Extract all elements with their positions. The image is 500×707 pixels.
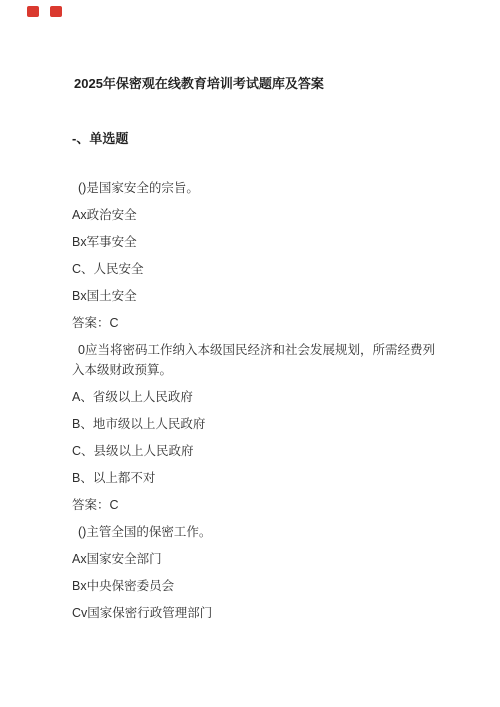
question-block: 0应当将密码工作纳入本级国民经济和社会发展规划，所需经费列入本级财政预算。A、省… — [72, 340, 438, 515]
document-page: 2025年保密观在线教育培训考试题库及答案 -、单选题 ()是国家安全的宗旨。A… — [0, 0, 500, 707]
question-block: ()是国家安全的宗旨。Ax政治安全Bx军事安全C、人民安全Bx国土安全答案：C — [72, 178, 438, 333]
question-option: Bx中央保密委员会 — [72, 576, 438, 596]
question-block: ()主管全国的保密工作。Ax国家安全部门Bx中央保密委员会Cv国家保密行政管理部… — [72, 522, 438, 623]
answer-line: 答案：C — [72, 313, 438, 333]
question-option: B、以上都不对 — [72, 468, 438, 488]
question-option: A、省级以上人民政府 — [72, 387, 438, 407]
question-stem: 0应当将密码工作纳入本级国民经济和社会发展规划，所需经费列入本级财政预算。 — [72, 340, 438, 380]
question-list: ()是国家安全的宗旨。Ax政治安全Bx军事安全C、人民安全Bx国土安全答案：C0… — [72, 178, 438, 623]
document-content: 2025年保密观在线教育培训考试题库及答案 -、单选题 ()是国家安全的宗旨。A… — [72, 74, 438, 630]
question-option: Bx军事安全 — [72, 232, 438, 252]
red-stamp-icon — [27, 6, 39, 17]
question-option: Bx国土安全 — [72, 286, 438, 306]
question-option: C、人民安全 — [72, 259, 438, 279]
question-stem: ()主管全国的保密工作。 — [72, 522, 438, 542]
document-title: 2025年保密观在线教育培训考试题库及答案 — [74, 74, 438, 94]
question-stem: ()是国家安全的宗旨。 — [72, 178, 438, 198]
question-option: B、地市级以上人民政府 — [72, 414, 438, 434]
question-option: Ax国家安全部门 — [72, 549, 438, 569]
question-option: C、县级以上人民政府 — [72, 441, 438, 461]
section-heading: -、单选题 — [72, 129, 438, 149]
red-stamp-icon — [50, 6, 62, 17]
question-option: Ax政治安全 — [72, 205, 438, 225]
question-option: Cv国家保密行政管理部门 — [72, 603, 438, 623]
answer-line: 答案：C — [72, 495, 438, 515]
